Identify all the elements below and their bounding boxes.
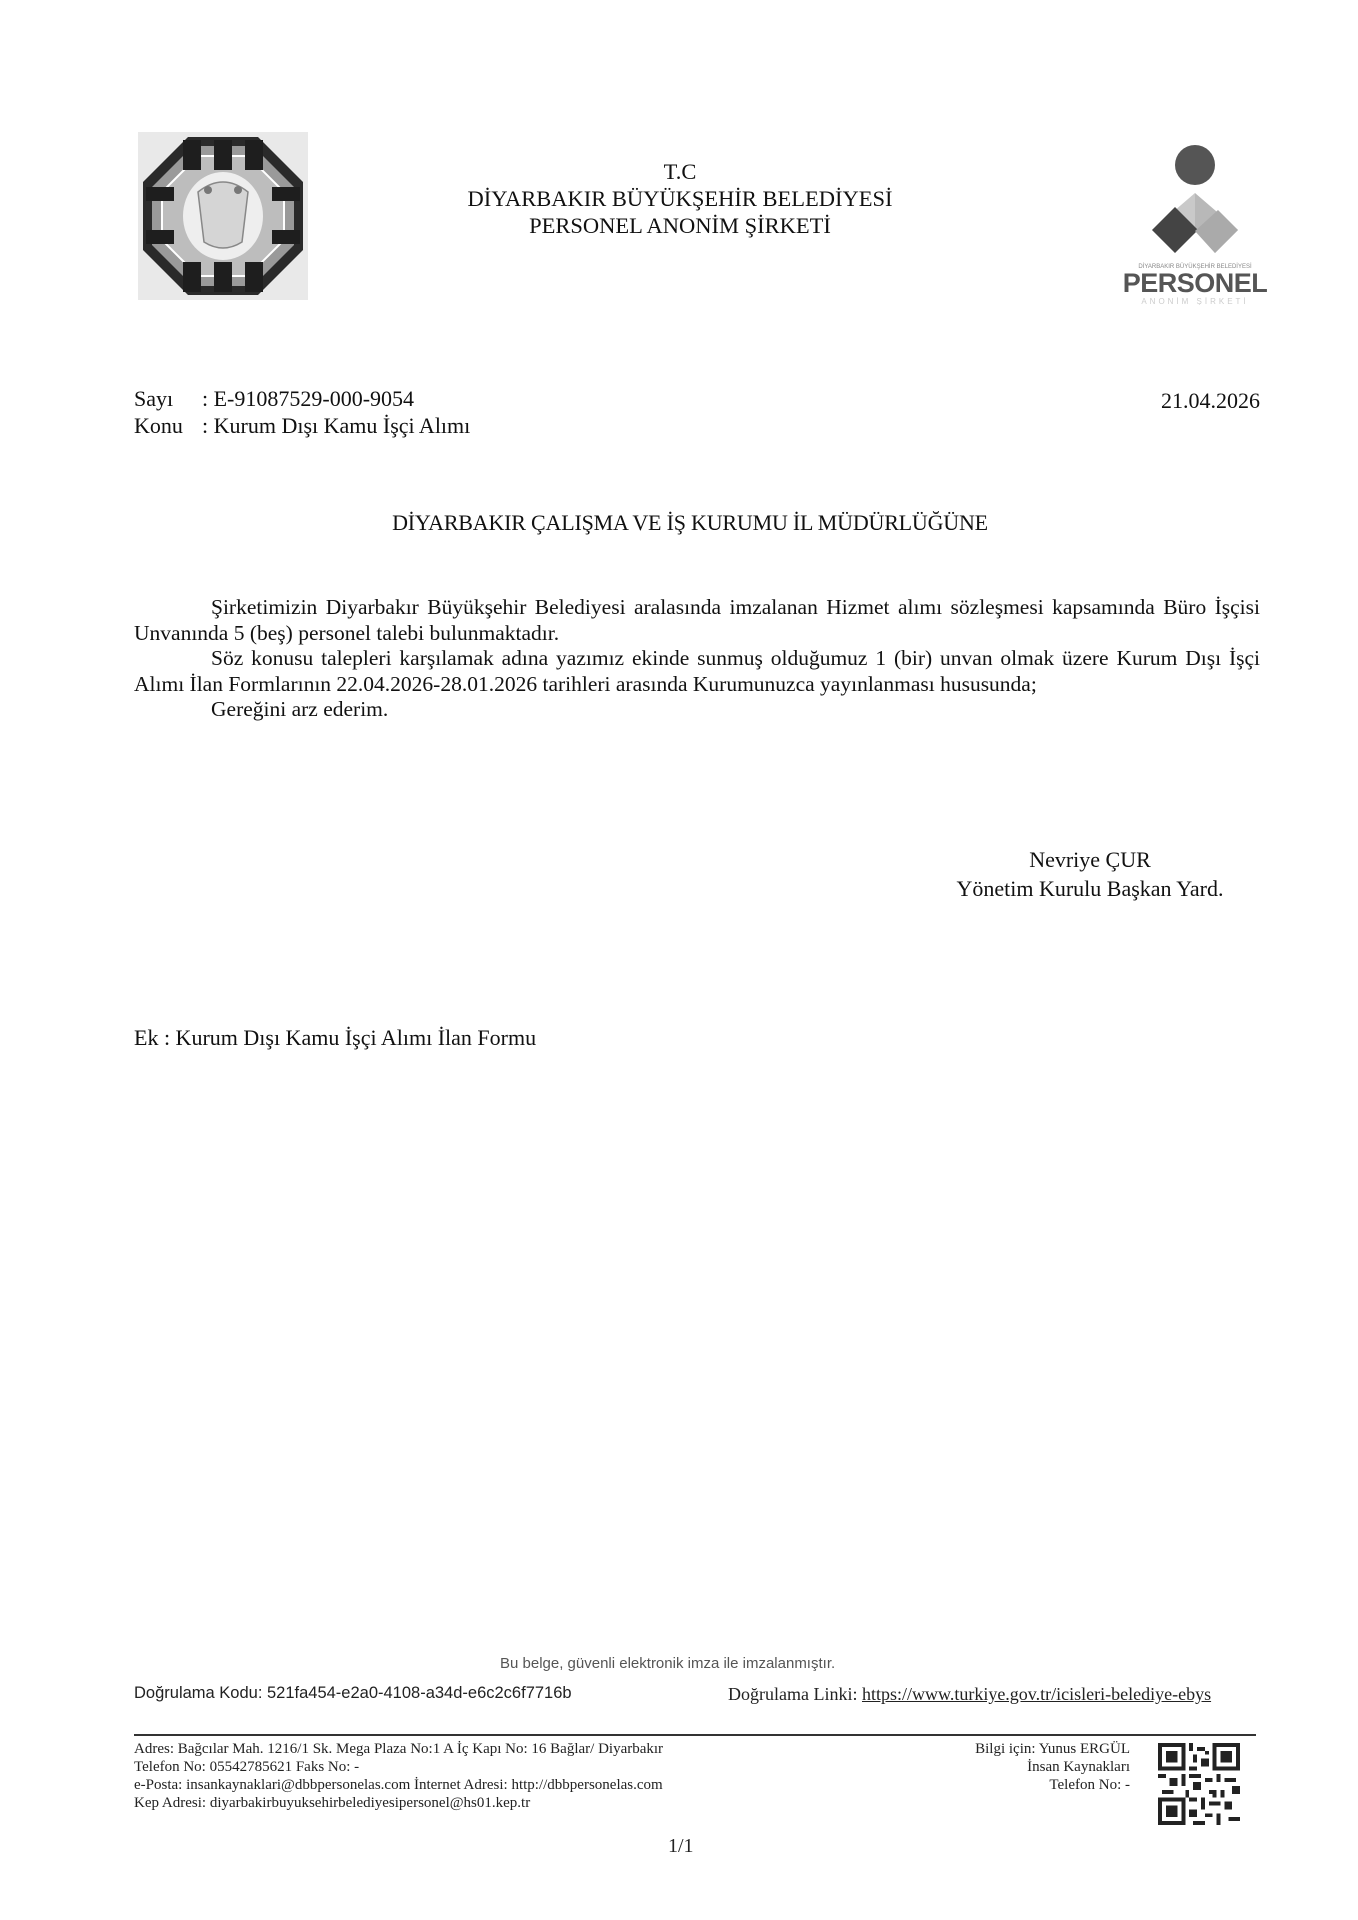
svg-text:PERSONEL: PERSONEL <box>1123 268 1268 298</box>
konu-row: Konu: Kurum Dışı Kamu İşçi Alımı <box>134 412 470 439</box>
document-date: 21.04.2026 <box>1161 388 1260 414</box>
addressee: DİYARBAKIR ÇALIŞMA VE İŞ KURUMU İL MÜDÜR… <box>300 510 1080 536</box>
signer-name: Nevriye ÇUR <box>905 845 1275 874</box>
konu-label: Konu <box>134 412 202 439</box>
contact-address: Adres: Bağcılar Mah. 1216/1 Sk. Mega Pla… <box>134 1740 663 1758</box>
personel-logo-icon: DİYARBAKIR BÜYÜKŞEHİR BELEDİYESİ PERSONE… <box>1118 135 1273 305</box>
konu-value: : Kurum Dışı Kamu İşçi Alımı <box>202 413 470 438</box>
footer-divider <box>134 1734 1256 1736</box>
body-paragraph-2: Söz konusu talepleri karşılamak adına ya… <box>134 646 1260 697</box>
contact-phone: Telefon No: 05542785621 Faks No: - <box>134 1758 663 1776</box>
organization-header: T.C DİYARBAKIR BÜYÜKŞEHİR BELEDİYESİ PER… <box>400 158 960 239</box>
sayi-label: Sayı <box>134 385 202 412</box>
contact-email-web: e-Posta: insankaynaklari@dbbpersonelas.c… <box>134 1776 663 1794</box>
signature-block: Nevriye ÇUR Yönetim Kurulu Başkan Yard. <box>905 845 1275 903</box>
header-municipality: DİYARBAKIR BÜYÜKŞEHİR BELEDİYESİ <box>400 185 960 212</box>
header-tc: T.C <box>400 158 960 185</box>
page-number: 1/1 <box>668 1835 694 1858</box>
info-contact: Bilgi için: Yunus ERGÜL İnsan Kaynakları… <box>900 1740 1130 1794</box>
body-closing: Gereğini arz ederim. <box>134 697 1260 723</box>
contact-info: Adres: Bağcılar Mah. 1216/1 Sk. Mega Pla… <box>134 1740 663 1812</box>
municipality-emblem-icon <box>138 132 308 300</box>
esign-note: Bu belge, güvenli elektronik imza ile im… <box>500 1655 835 1672</box>
verification-code: Doğrulama Kodu: 521fa454-e2a0-4108-a34d-… <box>134 1684 572 1703</box>
signer-title: Yönetim Kurulu Başkan Yard. <box>905 874 1275 903</box>
info-phone: Telefon No: - <box>900 1776 1130 1794</box>
verification-link-label: Doğrulama Linki: <box>728 1684 857 1704</box>
header-company: PERSONEL ANONİM ŞİRKETİ <box>400 212 960 239</box>
svg-text:ANONİM ŞİRKETİ: ANONİM ŞİRKETİ <box>1141 297 1248 305</box>
info-person: Bilgi için: Yunus ERGÜL <box>900 1740 1130 1758</box>
contact-kep: Kep Adresi: diyarbakirbuyuksehirbelediye… <box>134 1794 663 1812</box>
info-department: İnsan Kaynakları <box>900 1758 1130 1776</box>
verification-link-url[interactable]: https://www.turkiye.gov.tr/icisleri-bele… <box>862 1684 1211 1704</box>
body-paragraph-1: Şirketimizin Diyarbakır Büyükşehir Beled… <box>134 595 1260 646</box>
letter-body: Şirketimizin Diyarbakır Büyükşehir Beled… <box>134 595 1260 723</box>
document-meta: Sayı: E-91087529-000-9054 Konu: Kurum Dı… <box>134 385 470 439</box>
sayi-row: Sayı: E-91087529-000-9054 <box>134 385 470 412</box>
attachment-line: Ek : Kurum Dışı Kamu İşçi Alımı İlan For… <box>134 1025 536 1051</box>
sayi-value: : E-91087529-000-9054 <box>202 386 414 411</box>
verification-link: Doğrulama Linki: https://www.turkiye.gov… <box>728 1684 1211 1705</box>
qr-code-icon <box>1158 1743 1240 1825</box>
